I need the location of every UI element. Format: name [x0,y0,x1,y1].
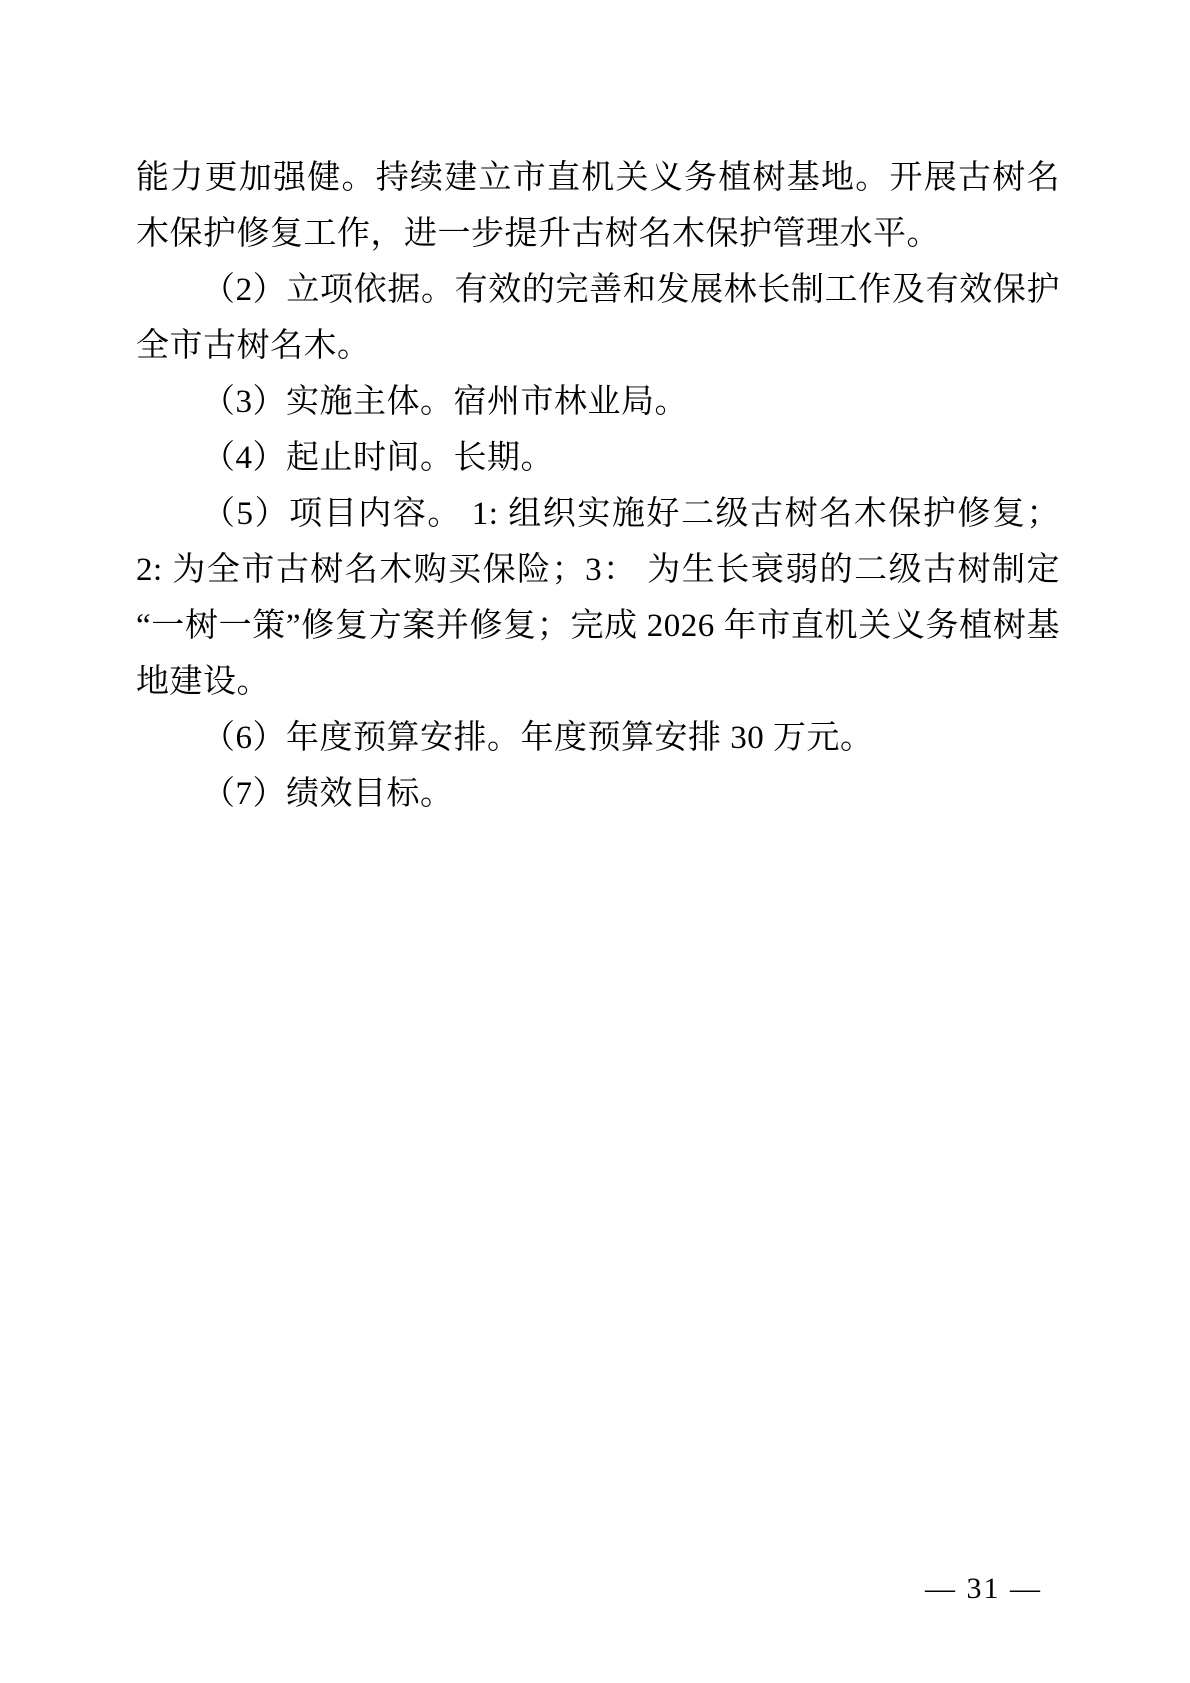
document-page: 能力更加强健。持续建立市直机关义务植树基地。开展古树名木保护修复工作，进一步提升… [0,0,1190,1683]
paragraph-item-3: （3）实施主体。宿州市林业局。 [136,374,1060,430]
paragraph-continuation: 能力更加强健。持续建立市直机关义务植树基地。开展古树名木保护修复工作，进一步提升… [136,150,1060,262]
paragraph-item-6: （6）年度预算安排。年度预算安排 30 万元。 [136,710,1060,766]
page-number: — 31 — [925,1572,1042,1606]
paragraph-item-2: （2）立项依据。有效的完善和发展林长制工作及有效保护全市古树名木。 [136,262,1060,374]
paragraph-item-7: （7）绩效目标。 [136,766,1060,822]
paragraph-item-4: （4）起止时间。长期。 [136,430,1060,486]
paragraph-item-5: （5）项目内容。 1: 组织实施好二级古树名木保护修复；2: 为全市古树名木购买… [136,486,1060,710]
document-body: 能力更加强健。持续建立市直机关义务植树基地。开展古树名木保护修复工作，进一步提升… [136,150,1060,822]
